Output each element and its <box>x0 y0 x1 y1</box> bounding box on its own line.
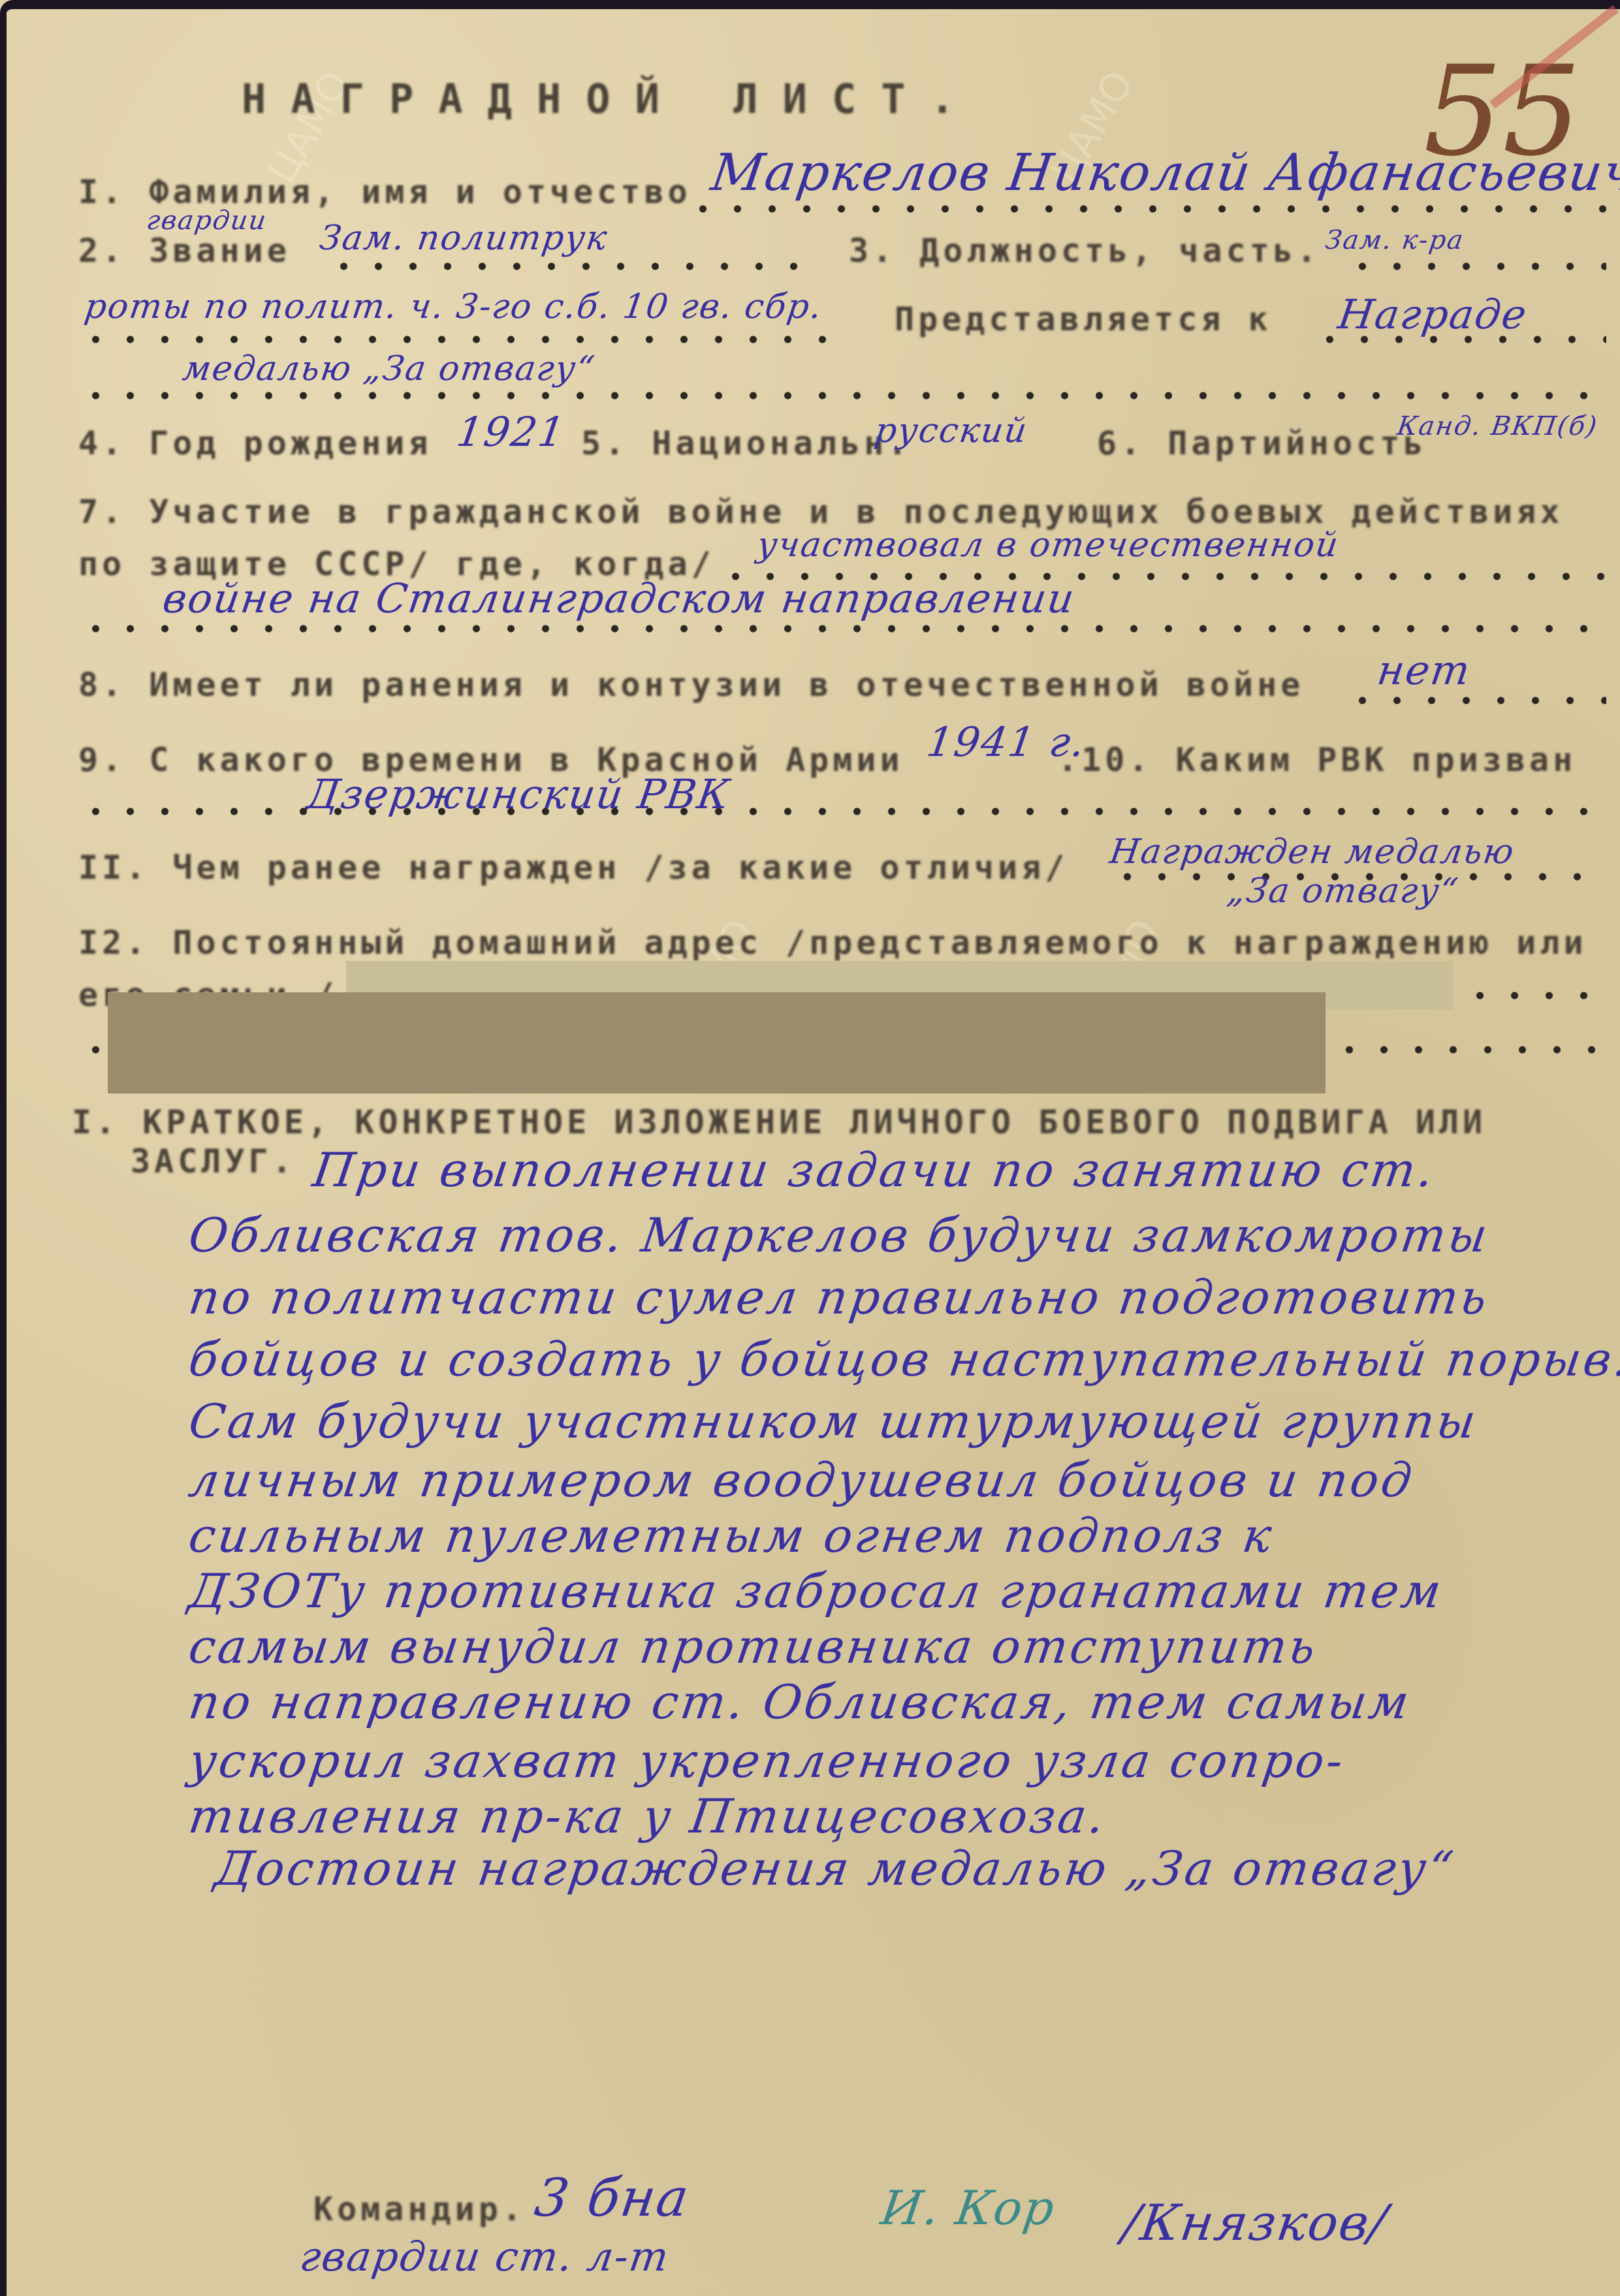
field-11-value: Награжден медалью <box>1107 832 1517 872</box>
feat-line: Достоин награждения медалью „За отвагу“ <box>212 1841 1459 1896</box>
dotted-line <box>686 204 1606 214</box>
document-title: НАГРАДНОЙ ЛИСТ. <box>242 75 979 123</box>
field-1-value: Маркелов Николай Афанасьевич <box>708 144 1620 202</box>
signature-role-line1: 3 бна <box>531 2167 693 2228</box>
dotted-line <box>1345 261 1606 272</box>
field-4-label: 4. Год рождения <box>78 424 432 462</box>
field-8-value: нет <box>1374 646 1474 694</box>
redacted-address-block <box>108 992 1326 1093</box>
dotted-line <box>78 806 1606 817</box>
feat-line: Обливская тов. Маркелов будучи замкомрот… <box>185 1208 1493 1263</box>
dotted-line <box>1312 334 1606 345</box>
dotted-line <box>78 623 1606 634</box>
signature-name: /Князков/ <box>1119 2194 1392 2252</box>
dotted-line <box>78 334 849 345</box>
feat-line: При выполнении задачи по занятию ст. <box>310 1142 1439 1197</box>
field-10-label: .10. Каким РВК призван <box>1058 741 1576 779</box>
field-6-label: 6. Партийность <box>1097 424 1427 462</box>
signature-initials: И. Кор <box>878 2180 1059 2235</box>
field-2-value: Зам. политрук <box>317 219 611 258</box>
feat-line: сильным пулеметным огнем подполз к <box>185 1508 1277 1563</box>
dotted-line <box>1345 695 1606 706</box>
dotted-line <box>78 390 1606 401</box>
feat-line: ДЗОТу противника забросал гранатами тем <box>185 1564 1447 1618</box>
feat-line: самым вынудил противника отступить <box>185 1619 1322 1674</box>
award-value-cont: медалью „За отвагу“ <box>180 349 598 388</box>
feat-line: ускорил захват укрепленного узла сопро- <box>185 1733 1349 1788</box>
feat-line: Сам будучи участником штурмующей группы <box>185 1394 1482 1449</box>
feat-line: тивления пр-ка у Птицесовхоза. <box>185 1789 1110 1844</box>
feat-label-line1: I. КРАТКОЕ, КОНКРЕТНОЕ ИЗЛОЖЕНИЕ ЛИЧНОГО… <box>72 1103 1486 1141</box>
field-12-label-line1: I2. Постоянный домашний адрес /представл… <box>78 924 1587 962</box>
feat-line: по политчасти сумел правильно подготовит… <box>185 1270 1493 1325</box>
field-5-value: русский <box>872 411 1030 450</box>
feat-line: по направлению ст. Обливская, тем самым <box>185 1675 1414 1729</box>
field-8-label: 8. Имеет ли ранения и контузии в отечест… <box>78 666 1304 704</box>
dotted-line <box>78 1045 104 1055</box>
field-11-label: II. Чем ранее награжден /за какие отличи… <box>78 849 1068 887</box>
signature-role-line2: гвардии ст. л-т <box>297 2233 673 2280</box>
field-4-value: 1921 <box>454 408 569 456</box>
feat-label-line2: ЗАСЛУГ. <box>131 1142 296 1180</box>
field-7-value: участвовал в отечественной <box>755 526 1342 565</box>
award-value: Награде <box>1335 291 1531 338</box>
award-label: Представляется к <box>895 300 1272 338</box>
field-2-label: 2. Звание <box>78 232 291 270</box>
signature-label: Командир. <box>313 2190 526 2228</box>
field-3-value-cont: роты по полит. ч. 3-го с.б. 10 гв. сбр. <box>82 287 825 326</box>
field-6-value: Канд. ВКП(б) <box>1395 411 1600 441</box>
feat-line: бойцов и создать у бойцов наступательный… <box>185 1332 1620 1387</box>
feat-line: личным примером воодушевил бойцов и под <box>185 1453 1418 1507</box>
dotted-line <box>1463 990 1606 1001</box>
field-3-label: 3. Должность, часть. <box>849 232 1320 270</box>
field-7-value-cont: войне на Сталинградском направлении <box>160 574 1079 622</box>
field-11-value-cont: „За отвагу“ <box>1225 872 1461 911</box>
field-5-label: 5. Национальн. <box>581 424 911 462</box>
dotted-line <box>326 261 823 272</box>
field-3-value: Зам. к-ра <box>1324 225 1467 255</box>
dotted-line <box>1332 1045 1606 1055</box>
